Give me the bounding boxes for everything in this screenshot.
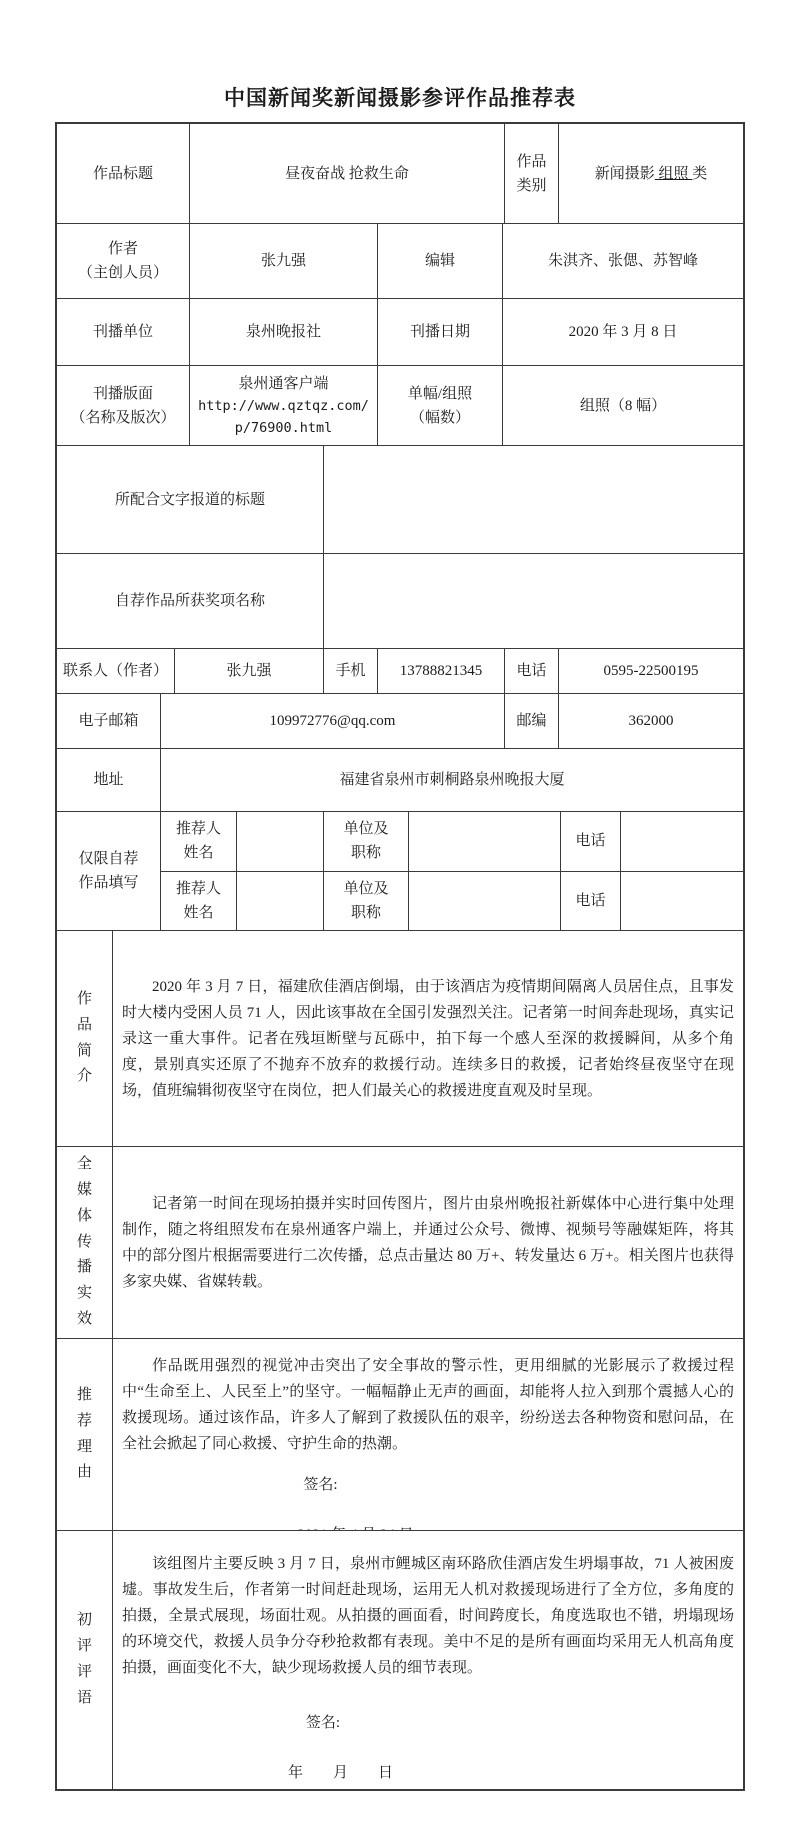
media-effect-label: 全媒体传播实效 [57,1147,113,1338]
work-category-type: 组照 [655,162,693,186]
page-title: 中国新闻奖新闻摄影参评作品推荐表 [0,82,800,112]
media-effect-label-text: 全媒体传播实效 [76,1152,94,1333]
author-label-line2: （主创人员） [78,261,168,285]
work-category-label: 作品 类别 [505,124,559,223]
work-category-label-line2: 类别 [516,174,546,198]
publish-date-label: 刊播日期 [378,299,503,365]
layout-label-line2: （名称及版次） [70,406,175,430]
self-award-label: 自荐作品所获奖项名称 [57,554,324,648]
contact-phone-value: 0595-22500195 [559,649,743,693]
work-title-label: 作品标题 [57,124,190,223]
layout-value-url-line1: http://www.qztqz.com/ [198,396,369,418]
editor-names-value: 朱淇齐、张偲、苏智峰 [503,224,743,298]
recommender-org-label: 单位及 职称 [324,812,409,871]
author-name-value: 张九强 [190,224,378,298]
contact-name-value: 张九强 [175,649,324,693]
self-rec-row-2: 推荐人 姓名 单位及 职称 电话 [161,872,743,931]
layout-value-url-line2: p/76900.html [198,418,369,440]
row-work-title: 作品标题 昼夜奋战 抢救生命 作品 类别 新闻摄影 组照 类 [57,124,743,224]
contact-phone-label: 电话 [505,649,559,693]
scanned-form-page: 中国新闻奖新闻摄影参评作品推荐表 作品标题 昼夜奋战 抢救生命 作品 类别 新闻… [0,0,800,1840]
row-publish-layout: 刊播版面 （名称及版次） 泉州通客户端 http://www.qztqz.com… [57,366,743,446]
row-self-award: 自荐作品所获奖项名称 [57,554,743,649]
email-label: 电子邮箱 [57,694,161,748]
row-email: 电子邮箱 109972776@qq.com 邮编 362000 [57,694,743,749]
photo-count-label-line1: 单幅/组照 [408,382,472,406]
recommender-org-label-line2: 职称 [343,901,388,925]
contact-label: 联系人（作者） [57,649,175,693]
preliminary-sign-label: 签名: [306,1711,550,1735]
photo-count-label: 单幅/组照 （幅数） [378,366,503,445]
contact-mobile-value: 13788821345 [378,649,505,693]
row-recommendation-reason: 推荐理由 作品既用强烈的视觉冲击突出了安全事故的警示性，更用细腻的光影展示了救援… [57,1339,743,1531]
work-title-value: 昼夜奋战 抢救生命 [190,124,505,223]
work-intro-label-text: 作品简介 [76,987,94,1090]
publish-unit-label: 刊播单位 [57,299,190,365]
recommender-name-label-line2: 姓名 [176,901,221,925]
row-contact: 联系人（作者） 张九强 手机 13788821345 电话 0595-22500… [57,649,743,694]
author-label: 作者 （主创人员） [57,224,190,298]
work-category-value: 新闻摄影 组照 类 [559,124,743,223]
recommender-name-value [237,812,324,871]
work-intro-content: 2020 年 3 月 7 日，福建欣佳酒店倒塌，由于该酒店为疫情期间隔离人员居住… [113,931,743,1146]
photo-count-label-line2: （幅数） [408,406,472,430]
preliminary-review-label-text: 初评评语 [76,1608,94,1711]
self-rec-group-label-line2: 作品填写 [78,871,138,895]
address-value: 福建省泉州市刺桐路泉州晚报大厦 [161,749,743,811]
publish-unit-value: 泉州晚报社 [190,299,378,365]
work-category-suffix: 类 [692,162,707,186]
layout-value-channel: 泉州通客户端 [198,372,369,396]
recommender-org-label-line1: 单位及 [343,817,388,841]
work-category-prefix: 新闻摄影 [595,162,655,186]
photo-count-value: 组照（8 幅） [503,366,743,445]
self-rec-rows: 推荐人 姓名 单位及 职称 电话 [161,812,743,930]
publish-date-value: 2020 年 3 月 8 日 [503,299,743,365]
work-intro-paragraph: 2020 年 3 月 7 日，福建欣佳酒店倒塌，由于该酒店为疫情期间隔离人员居住… [122,974,734,1104]
row-publish-unit: 刊播单位 泉州晚报社 刊播日期 2020 年 3 月 8 日 [57,299,743,366]
recommender-org-value [409,812,561,871]
recommendation-reason-content: 作品既用强烈的视觉冲击突出了安全事故的警示性，更用细腻的光影展示了救援过程中“生… [113,1339,743,1530]
recommendation-reason-label: 推荐理由 [57,1339,113,1530]
recommender-name-label-line2: 姓名 [176,841,221,865]
self-rec-group-label: 仅限自荐 作品填写 [57,812,161,930]
recommender-name-label: 推荐人 姓名 [161,812,237,871]
self-award-value [324,554,743,648]
self-rec-row-1: 推荐人 姓名 单位及 职称 电话 [161,812,743,872]
row-media-effect: 全媒体传播实效 记者第一时间在现场拍摄并实时回传图片，图片由泉州晚报社新媒体中心… [57,1147,743,1339]
recommender-name-label-line1: 推荐人 [176,877,221,901]
layout-label-line1: 刊播版面 [70,382,175,406]
recommendation-reason-paragraph: 作品既用强烈的视觉冲击突出了安全事故的警示性，更用细腻的光影展示了救援过程中“生… [122,1353,734,1457]
recommender-org-label: 单位及 职称 [324,872,409,931]
layout-value: 泉州通客户端 http://www.qztqz.com/ p/76900.htm… [190,366,378,445]
recommender-phone-value [621,812,743,871]
text-report-title-label: 所配合文字报道的标题 [57,446,324,553]
layout-label: 刊播版面 （名称及版次） [57,366,190,445]
contact-mobile-label: 手机 [324,649,378,693]
row-preliminary-review: 初评评语 该组图片主要反映 3 月 7 日，泉州市鲤城区南环路欣佳酒店发生坍塌事… [57,1531,743,1789]
author-label-line1: 作者 [78,237,168,261]
recommendation-reason-label-text: 推荐理由 [76,1383,94,1486]
work-category-label-line1: 作品 [516,150,546,174]
email-value: 109972776@qq.com [161,694,505,748]
row-address: 地址 福建省泉州市刺桐路泉州晚报大厦 [57,749,743,812]
row-self-recommendation-group: 仅限自荐 作品填写 推荐人 姓名 单位及 [57,812,743,931]
editor-label: 编辑 [378,224,503,298]
recommendation-sign-label: 签名: [303,1473,552,1497]
recommender-org-label-line1: 单位及 [343,877,388,901]
preliminary-review-content: 该组图片主要反映 3 月 7 日，泉州市鲤城区南环路欣佳酒店发生坍塌事故，71 … [113,1531,743,1789]
recommender-phone-value [621,872,743,931]
media-effect-paragraph: 记者第一时间在现场拍摄并实时回传图片，图片由泉州晚报社新媒体中心进行集中处理制作… [122,1191,734,1295]
row-author: 作者 （主创人员） 张九强 编辑 朱淇齐、张偲、苏智峰 [57,224,743,299]
recommender-phone-label: 电话 [561,812,621,871]
recommendation-date: 2021 年 4 月 24 日 [297,1523,558,1530]
self-rec-group-label-line1: 仅限自荐 [78,847,138,871]
recommendation-form-table: 作品标题 昼夜奋战 抢救生命 作品 类别 新闻摄影 组照 类 作者 （主创人员）… [55,122,745,1791]
preliminary-date-placeholder: 年 月 日 [288,1761,568,1785]
text-report-title-value [324,446,743,553]
recommender-org-label-line2: 职称 [343,841,388,865]
preliminary-review-label: 初评评语 [57,1531,113,1789]
media-effect-content: 记者第一时间在现场拍摄并实时回传图片，图片由泉州晚报社新媒体中心进行集中处理制作… [113,1147,743,1338]
row-text-report-title: 所配合文字报道的标题 [57,446,743,554]
address-label: 地址 [57,749,161,811]
work-intro-label: 作品简介 [57,931,113,1146]
recommender-org-value [409,872,561,931]
recommender-phone-label: 电话 [561,872,621,931]
recommender-name-label: 推荐人 姓名 [161,872,237,931]
recommender-name-label-line1: 推荐人 [176,817,221,841]
preliminary-review-paragraph: 该组图片主要反映 3 月 7 日，泉州市鲤城区南环路欣佳酒店发生坍塌事故，71 … [122,1551,734,1681]
recommender-name-value [237,872,324,931]
zip-label: 邮编 [505,694,559,748]
row-work-intro: 作品简介 2020 年 3 月 7 日，福建欣佳酒店倒塌，由于该酒店为疫情期间隔… [57,931,743,1147]
zip-value: 362000 [559,694,743,748]
